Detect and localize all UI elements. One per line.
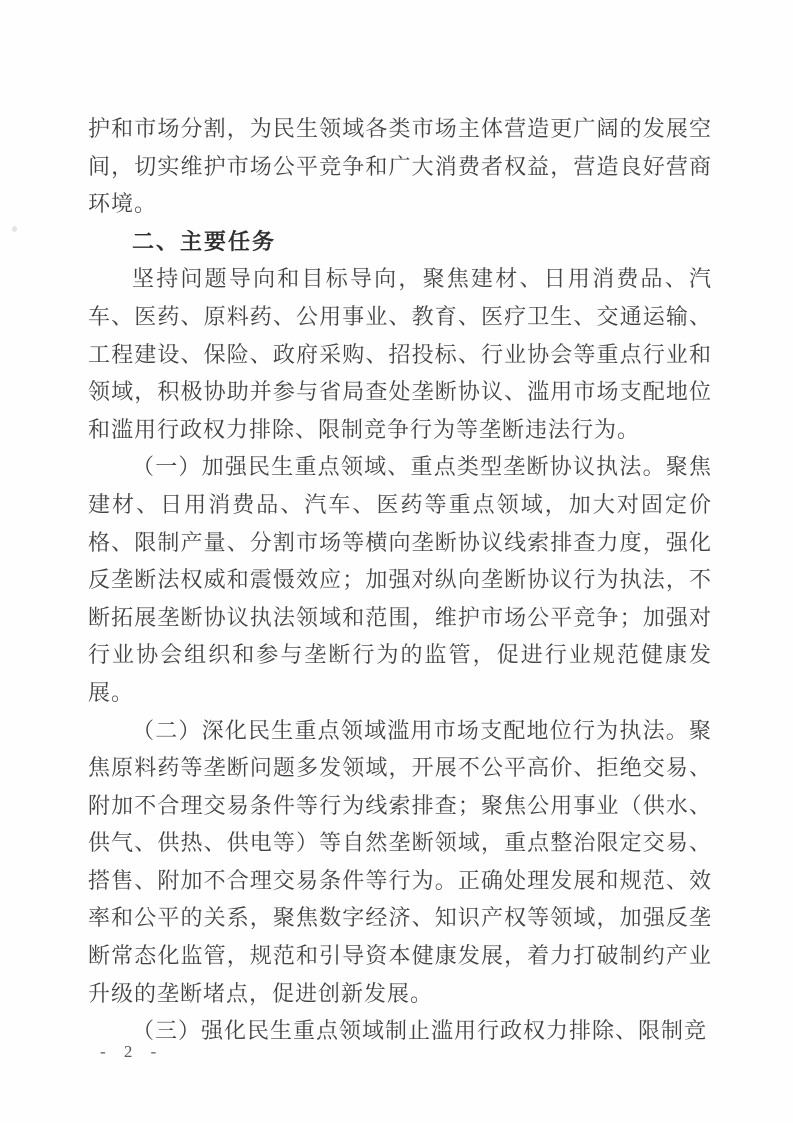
document-body: 护和市场分割，为民生领域各类市场主体营造更广阔的发展空间，切实维护市场公平竞争和… xyxy=(88,110,712,1050)
paragraph-continuation: 护和市场分割，为民生领域各类市场主体营造更广阔的发展空间，切实维护市场公平竞争和… xyxy=(88,110,712,223)
scan-artifact xyxy=(12,226,17,232)
section-heading: 二、主要任务 xyxy=(88,223,712,261)
paragraph-item-three: （三）强化民生重点领域制止滥用行政权力排除、限制竞 xyxy=(88,1012,712,1050)
document-page: 护和市场分割，为民生领域各类市场主体营造更广阔的发展空间，切实维护市场公平竞争和… xyxy=(0,0,793,1123)
paragraph-item-one: （一）加强民生重点领域、重点类型垄断协议执法。聚焦建材、日用消费品、汽车、医药等… xyxy=(88,448,712,711)
paragraph-tasks-intro: 坚持问题导向和目标导向，聚焦建材、日用消费品、汽车、医药、原料药、公用事业、教育… xyxy=(88,260,712,448)
page-number: - 2 - xyxy=(100,1040,163,1064)
paragraph-item-two: （二）深化民生重点领域滥用市场支配地位行为执法。聚焦原料药等垄断问题多发领域，开… xyxy=(88,712,712,1013)
